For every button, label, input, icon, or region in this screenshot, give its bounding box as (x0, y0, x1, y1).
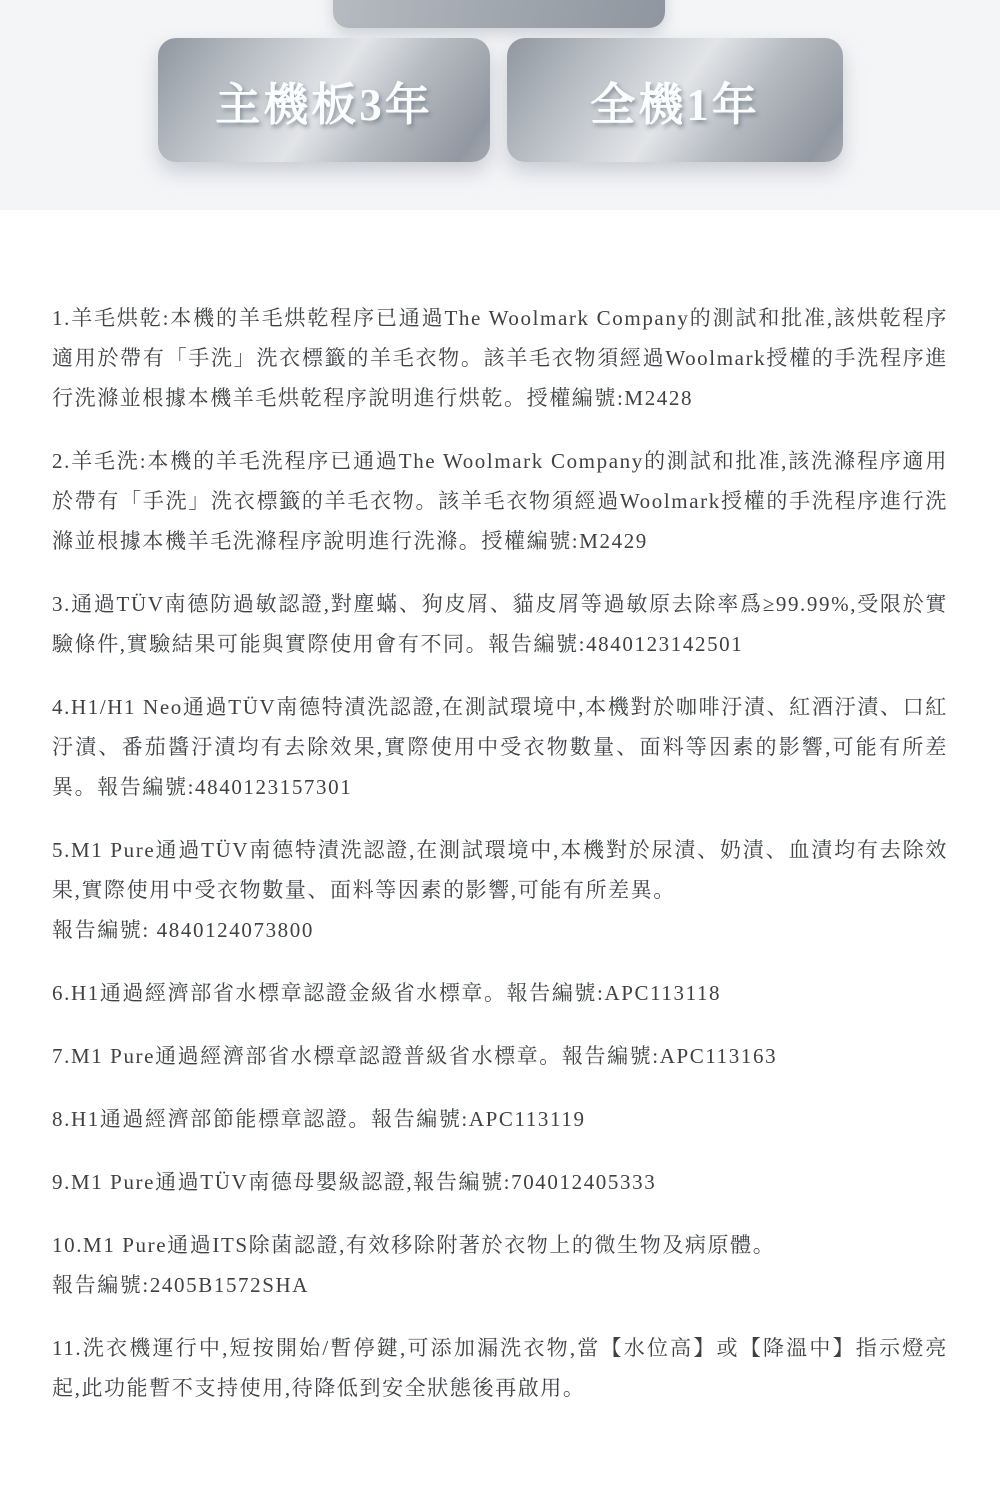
disclaimer-item-3: 3.通過TÜV南德防過敏認證,對塵蟎、狗皮屑、貓皮屑等過敏原去除率爲≥99.99… (52, 584, 948, 664)
disclaimer-item-9: 9.M1 Pure通過TÜV南德母嬰級認證,報告編號:704012405333 (52, 1162, 948, 1202)
disclaimer-item-6: 6.H1通過經濟部省水標章認證金級省水標章。報告編號:APC113118 (52, 973, 948, 1013)
disclaimer-item-1: 1.羊毛烘乾:本機的羊毛烘乾程序已通過The Woolmark Company的… (52, 298, 948, 418)
warranty-badge-whole-machine: 全機1年 (507, 38, 843, 162)
disclaimer-item-10: 10.M1 Pure通過ITS除菌認證,有效移除附著於衣物上的微生物及病原體。 … (52, 1225, 948, 1305)
warranty-badge-partial (333, 0, 665, 28)
disclaimer-item-7: 7.M1 Pure通過經濟部省水標章認證普級省水標章。報告編號:APC11316… (52, 1036, 948, 1076)
disclaimer-item-4: 4.H1/H1 Neo通過TÜV南德特漬洗認證,在測試環境中,本機對於咖啡汙漬、… (52, 687, 948, 807)
disclaimer-item-8: 8.H1通過經濟部節能標章認證。報告編號:APC113119 (52, 1099, 948, 1139)
disclaimer-item-5: 5.M1 Pure通過TÜV南德特漬洗認證,在測試環境中,本機對於尿漬、奶漬、血… (52, 830, 948, 950)
warranty-badge-mainboard: 主機板3年 (158, 38, 490, 162)
disclaimer-list: 1.羊毛烘乾:本機的羊毛烘乾程序已通過The Woolmark Company的… (0, 210, 1000, 1408)
warranty-badge-whole-machine-label: 全機1年 (590, 68, 760, 133)
disclaimer-item-2: 2.羊毛洗:本機的羊毛洗程序已通過The Woolmark Company的測試… (52, 441, 948, 561)
warranty-badge-mainboard-label: 主機板3年 (215, 68, 433, 133)
disclaimer-item-11: 11.洗衣機運行中,短按開始/暫停鍵,可添加漏洗衣物,當【水位高】或【降溫中】指… (52, 1328, 948, 1408)
warranty-info-page: 主機板3年 全機1年 1.羊毛烘乾:本機的羊毛烘乾程序已通過The Woolma… (0, 0, 1000, 1500)
warranty-badges-section: 主機板3年 全機1年 (0, 0, 1000, 210)
